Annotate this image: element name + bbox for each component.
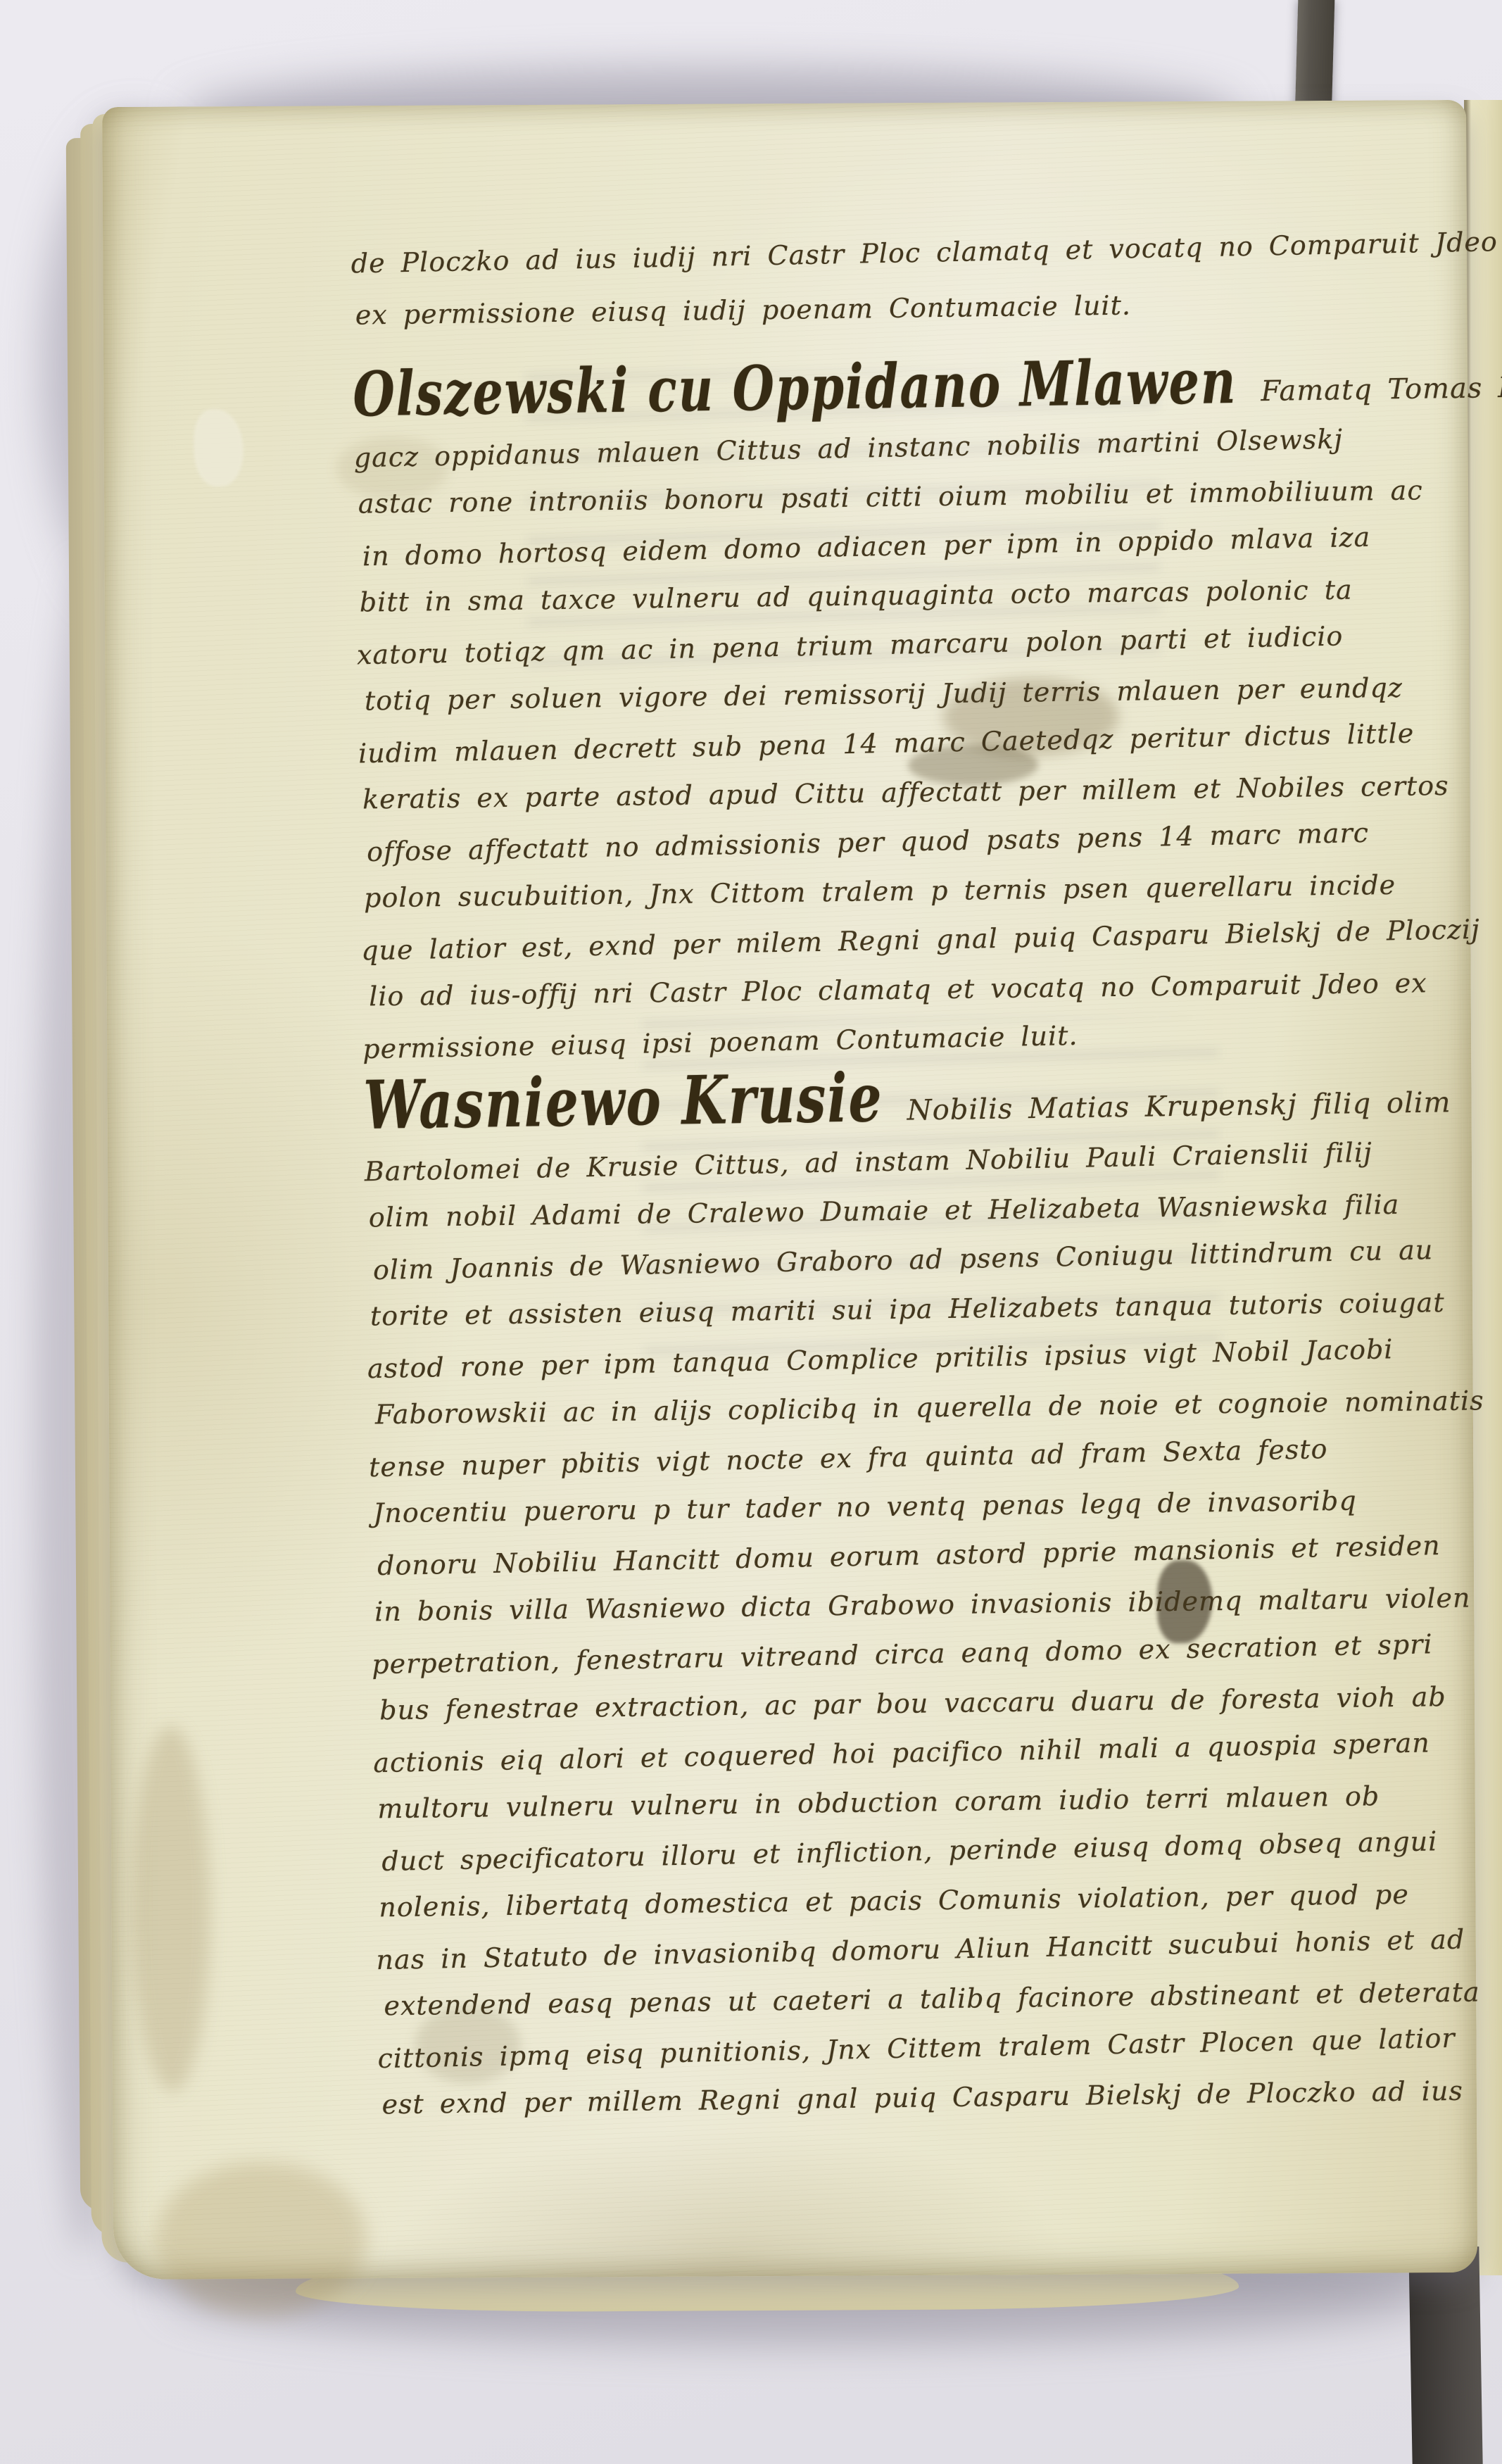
manuscript-photo: de Ploczko ad ius iudij nri Castr Ploc c… [0, 0, 1502, 2464]
entry-heading-side: Famatq Tomas Postrzij [1261, 370, 1502, 417]
manuscript-text: de Ploczko ad ius iudij nri Castr Ploc c… [351, 218, 1413, 2130]
entry-heading-main: Wasniewo Krusie [363, 1060, 884, 1145]
manuscript-page: de Ploczko ad ius iudij nri Castr Ploc c… [102, 100, 1477, 2280]
corner-wear [155, 2161, 367, 2318]
entry-olszewski-body: gacz oppidanus mlauen Cittus ad instanc … [353, 415, 1397, 1071]
entry-wasniewo-body: Bartolomei de Krusie Cittus, ad instam N… [364, 1129, 1413, 2130]
edge-stain [132, 1726, 211, 2092]
binding-board [1408, 2246, 1482, 2464]
intro-paragraph: de Ploczko ad ius iudij nri Castr Ploc c… [351, 218, 1387, 344]
paper-flake [194, 409, 244, 486]
